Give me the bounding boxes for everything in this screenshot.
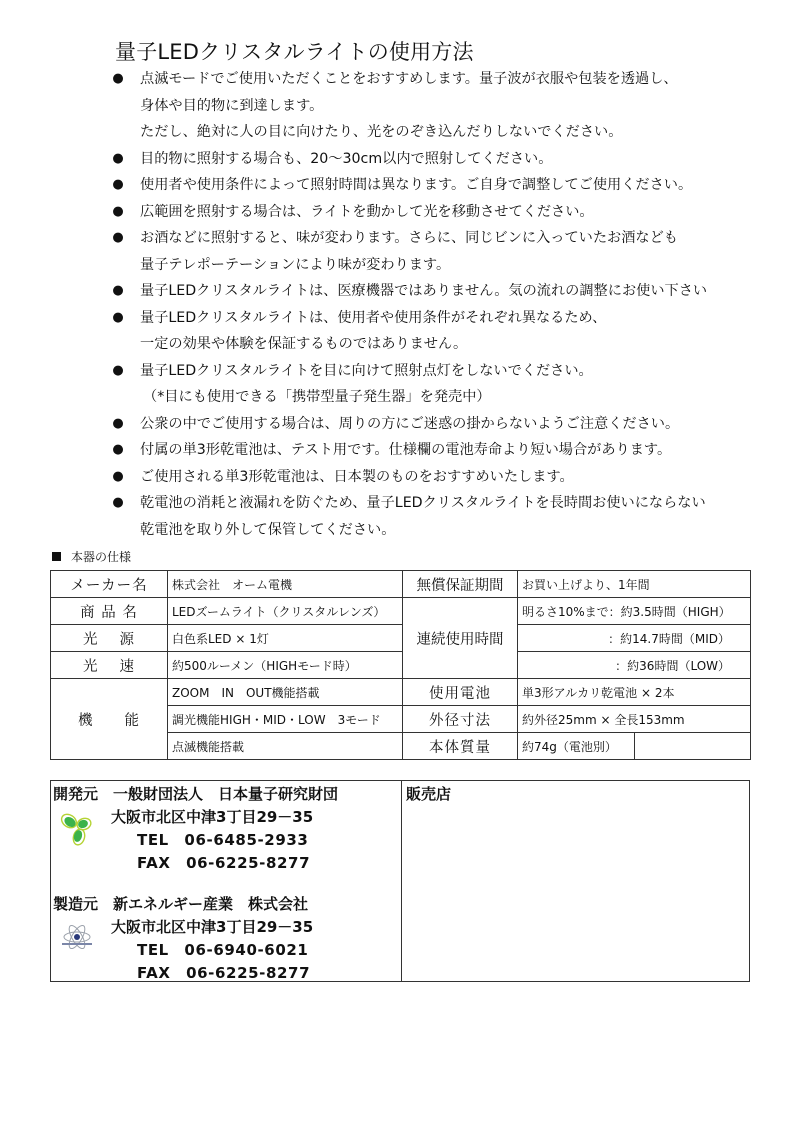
bullet-icon: ●: [111, 172, 125, 199]
battery-value: 単3形アルカリ乾電池 × 2本: [518, 679, 751, 706]
warranty-value: お買い上げより、1年間: [518, 571, 751, 598]
list-item: ●目的物に照射する場合も、20～30cm以内で照射してください。: [110, 146, 770, 173]
luminous-value: 約500ルーメン（HIGHモード時）: [168, 652, 403, 679]
product-label: 商 品 名: [51, 598, 168, 625]
manufacturer-address: 大阪市北区中津3丁目29－35: [111, 916, 313, 937]
runtime-low: ：約36時間（LOW）: [518, 652, 751, 679]
maker-label: メーカー名: [51, 571, 168, 598]
contact-box: 開発元 一般財団法人 日本量子研究財団 大阪市北区中津3丁目29－35 TEL …: [50, 780, 750, 982]
contact-divider: [401, 781, 402, 981]
usage-instructions: ●点滅モードでご使用いただくことをおすすめします。量子波が衣服や包装を透過し、 …: [110, 66, 770, 543]
seller-label: 販売店: [406, 783, 451, 804]
size-label: 外径寸法: [403, 706, 518, 733]
weight-value: 約74g（電池別）: [518, 733, 635, 760]
warranty-label: 無償保証期間: [403, 571, 518, 598]
maker-value: 株式会社 オーム電機: [168, 571, 403, 598]
list-item-continuation: 量子テレポーテーションにより味が変わります。: [110, 252, 770, 279]
list-item: ●付属の単3形乾電池は、テスト用です。仕様欄の電池寿命より短い場合があります。: [110, 437, 770, 464]
table-row: メーカー名 株式会社 オーム電機 無償保証期間 お買い上げより、1年間: [51, 571, 751, 598]
table-row: 商 品 名 LEDズームライト（クリスタルレンズ） 連続使用時間 明るさ10%ま…: [51, 598, 751, 625]
function-2: 調光機能HIGH・MID・LOW 3モード: [168, 706, 403, 733]
list-item: ●点滅モードでご使用いただくことをおすすめします。量子波が衣服や包装を透過し、: [110, 66, 770, 93]
spec-table: メーカー名 株式会社 オーム電機 無償保証期間 お買い上げより、1年間 商 品 …: [50, 570, 751, 760]
developer-address: 大阪市北区中津3丁目29－35: [111, 806, 313, 827]
spec-heading: 本器の仕様: [52, 548, 131, 565]
function-3: 点滅機能搭載: [168, 733, 403, 760]
list-item: ●ご使用される単3形乾電池は、日本製のものをおすすめいたします。: [110, 464, 770, 491]
bullet-icon: ●: [111, 146, 125, 173]
bullet-icon: ●: [111, 66, 125, 93]
developer-tel: TEL 06-6485-2933: [137, 829, 308, 850]
function-label: 機 能: [51, 679, 168, 760]
developer-header: 開発元 一般財団法人 日本量子研究財団: [53, 783, 338, 804]
function-1: ZOOM IN OUT機能搭載: [168, 679, 403, 706]
size-value: 約外径25mm × 全長153mm: [518, 706, 751, 733]
bullet-icon: ●: [111, 358, 125, 385]
bullet-icon: ●: [111, 305, 125, 332]
bullet-icon: ●: [111, 437, 125, 464]
luminous-label: 光 速: [51, 652, 168, 679]
runtime-label: 連続使用時間: [403, 598, 518, 679]
bullet-icon: ●: [111, 490, 125, 517]
runtime-high: 明るさ10%まで：約3.5時間（HIGH）: [518, 598, 751, 625]
weight-extra: [635, 733, 751, 760]
list-item-note: （*目にも使用できる「携帯型量子発生器」を発売中）: [110, 384, 770, 411]
list-item: ●量子LEDクリスタルライトを目に向けて照射点灯をしないでください。: [110, 358, 770, 385]
manufacturer-header: 製造元 新エネルギー産業 株式会社: [53, 893, 308, 914]
list-item: ●乾電池の消耗と液漏れを防ぐため、量子LEDクリスタルライトを長時間お使いになら…: [110, 490, 770, 517]
battery-label: 使用電池: [403, 679, 518, 706]
atom-logo-icon: [57, 917, 97, 957]
green-clover-logo-icon: [57, 809, 97, 849]
manufacturer-fax: FAX 06-6225-8277: [137, 962, 310, 983]
list-item: ●使用者や使用条件によって照射時間は異なります。ご自身で調整してご使用ください。: [110, 172, 770, 199]
table-row: 光 速 約500ルーメン（HIGHモード時） ：約36時間（LOW）: [51, 652, 751, 679]
list-item: ●量子LEDクリスタルライトは、使用者や使用条件がそれぞれ異なるため、: [110, 305, 770, 332]
list-item-continuation: 一定の効果や体験を保証するものではありません。: [110, 331, 770, 358]
light-source-value: 白色系LED × 1灯: [168, 625, 403, 652]
bullet-icon: ●: [111, 278, 125, 305]
list-item-continuation: 身体や目的物に到達します。: [110, 93, 770, 120]
list-item: ●公衆の中でご使用する場合は、周りの方にご迷惑の掛からないようご注意ください。: [110, 411, 770, 438]
table-row: 機 能 ZOOM IN OUT機能搭載 使用電池 単3形アルカリ乾電池 × 2本: [51, 679, 751, 706]
list-item-continuation: 乾電池を取り外して保管してください。: [110, 517, 770, 544]
table-row: 光 源 白色系LED × 1灯 ：約14.7時間（MID）: [51, 625, 751, 652]
manufacturer-tel: TEL 06-6940-6021: [137, 939, 308, 960]
product-value: LEDズームライト（クリスタルレンズ）: [168, 598, 403, 625]
bullet-icon: ●: [111, 464, 125, 491]
list-item: ●お酒などに照射すると、味が変わります。さらに、同じビンに入っていたお酒なども: [110, 225, 770, 252]
bullet-icon: ●: [111, 199, 125, 226]
bullet-icon: ●: [111, 411, 125, 438]
list-item: ●広範囲を照射する場合は、ライトを動かして光を移動させてください。: [110, 199, 770, 226]
developer-fax: FAX 06-6225-8277: [137, 852, 310, 873]
runtime-mid: ：約14.7時間（MID）: [518, 625, 751, 652]
weight-label: 本体質量: [403, 733, 518, 760]
light-source-label: 光 源: [51, 625, 168, 652]
square-bullet-icon: [52, 552, 61, 561]
list-item-continuation: ただし、絶対に人の目に向けたり、光をのぞき込んだりしないでください。: [110, 119, 770, 146]
list-item: ●量子LEDクリスタルライトは、医療機器ではありません。気の流れの調整にお使い下…: [110, 278, 770, 305]
page-title: 量子LEDクリスタルライトの使用方法: [115, 36, 474, 66]
bullet-icon: ●: [111, 225, 125, 252]
